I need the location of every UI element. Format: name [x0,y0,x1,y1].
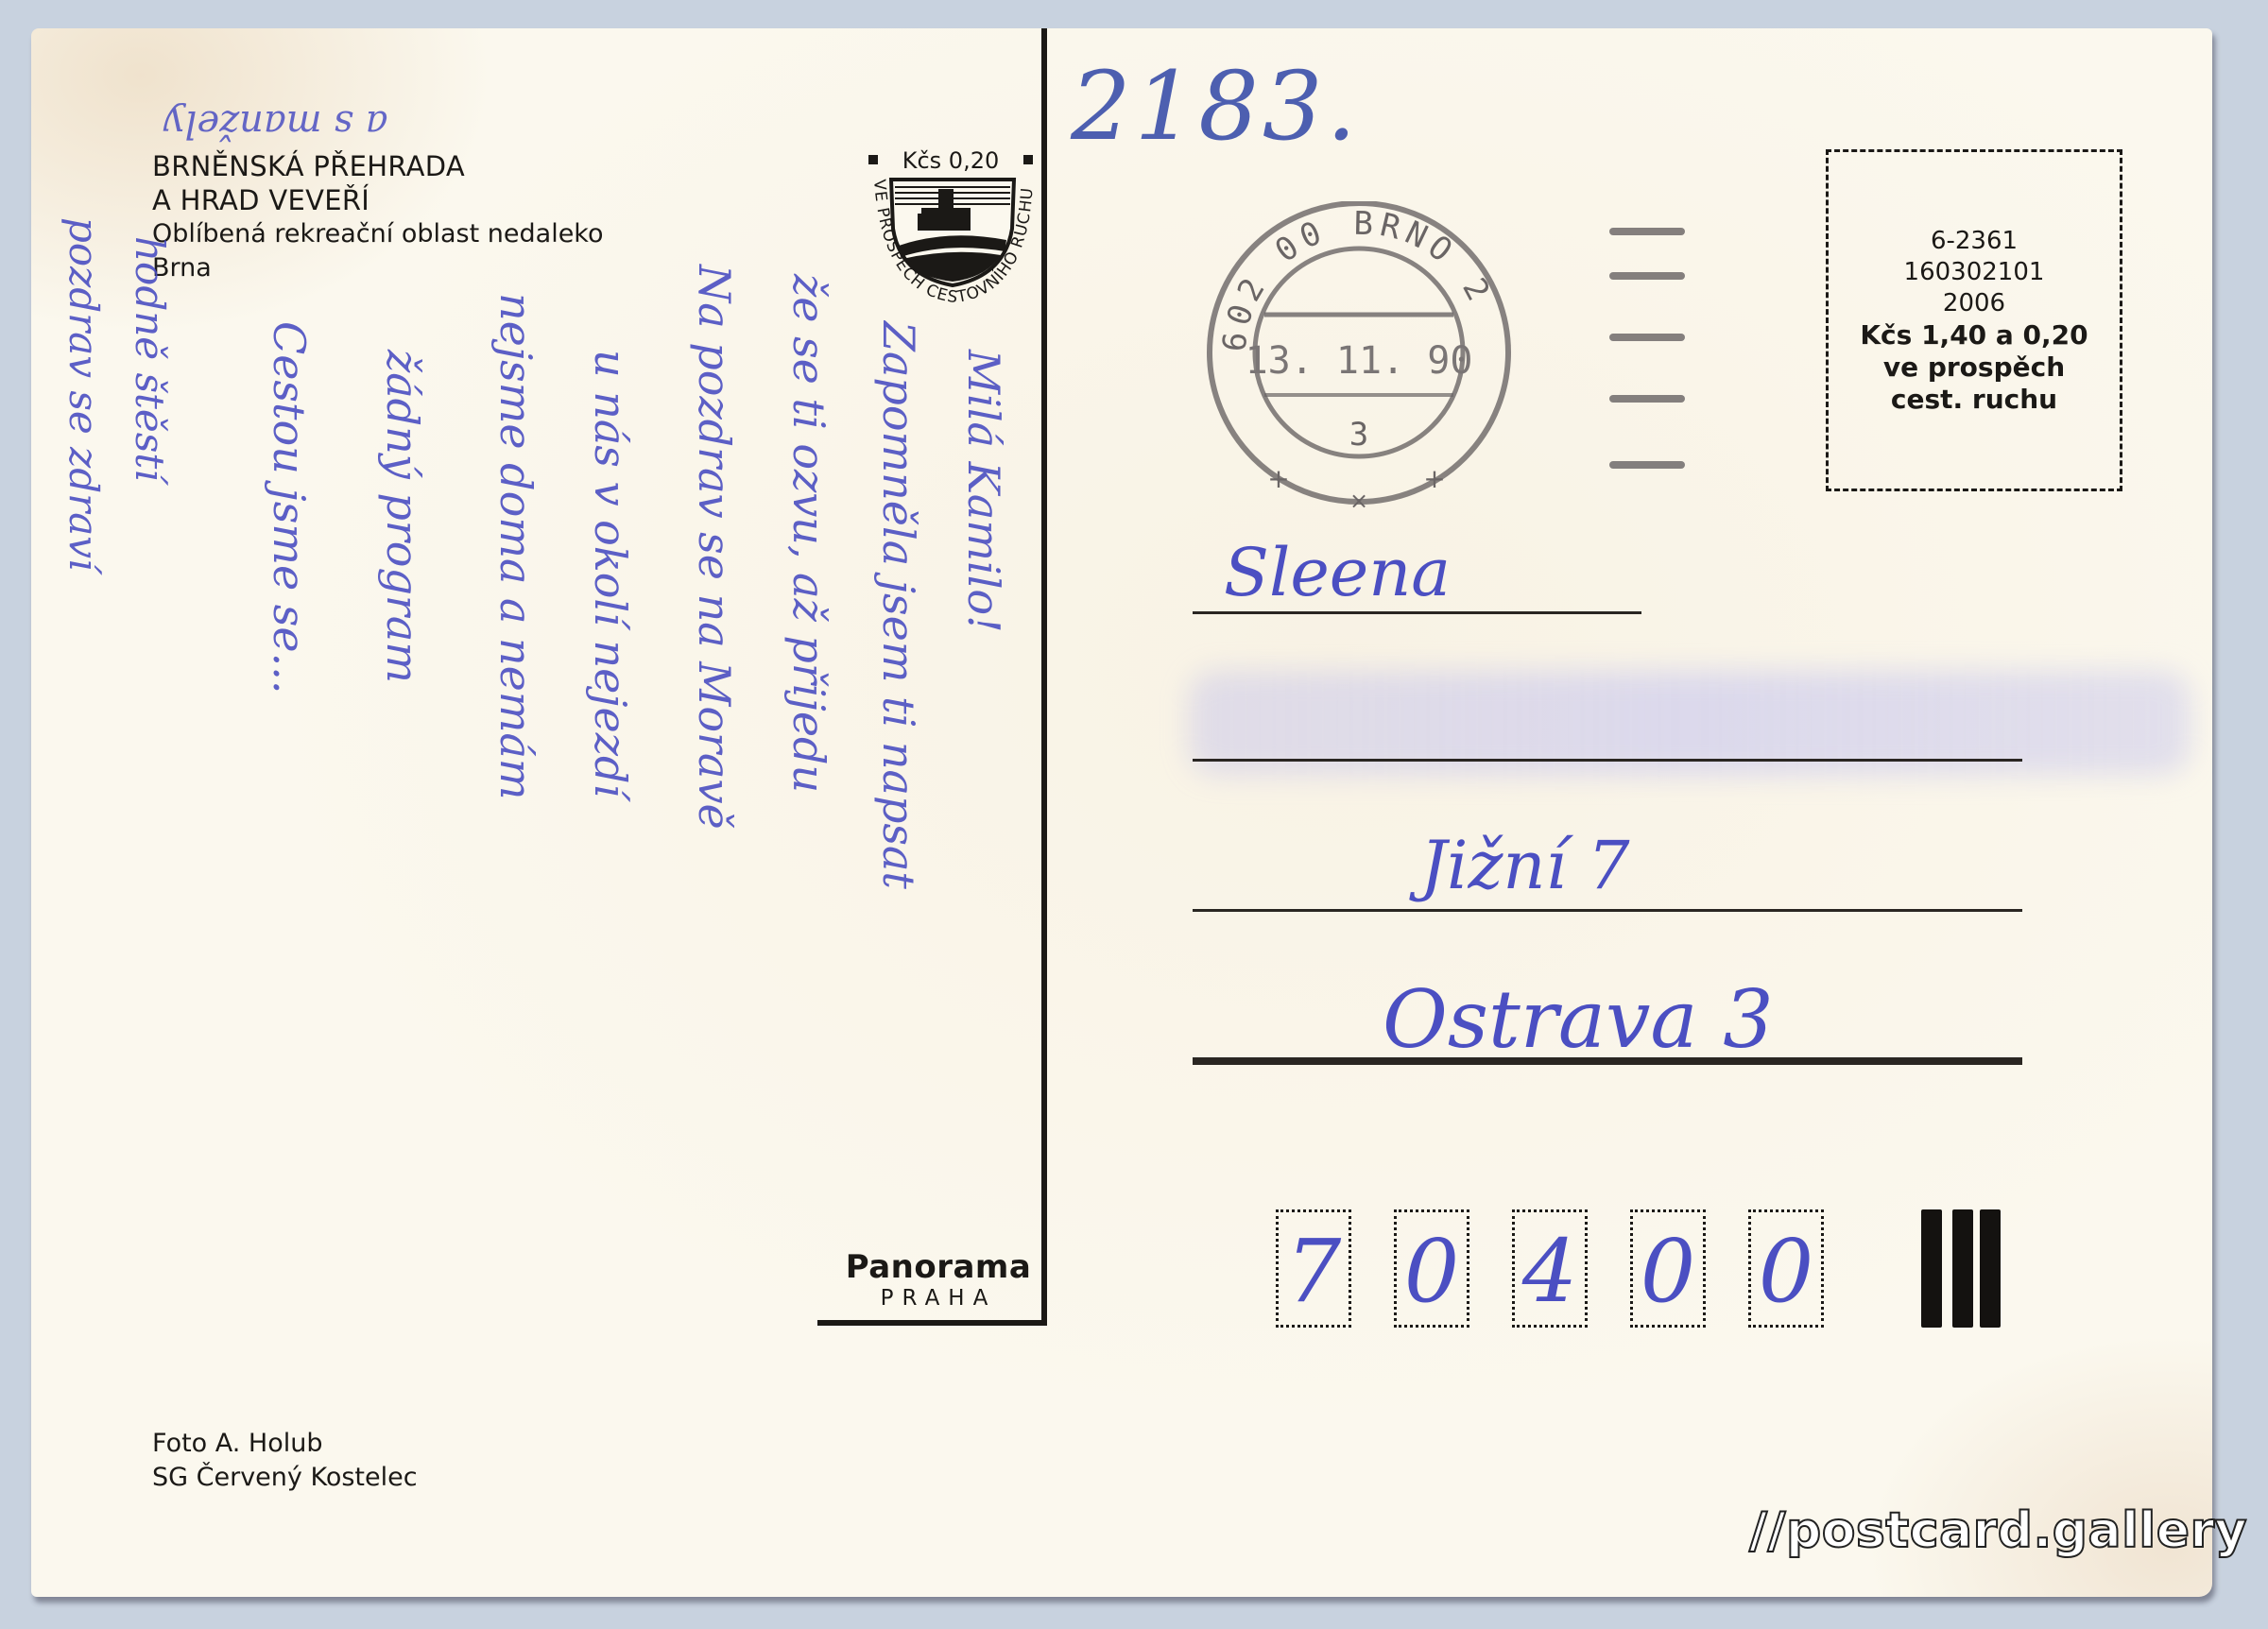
stamp-code: 6-2361 [1860,226,2088,257]
postcode-digit: 4 [1512,1221,1588,1322]
watermark: //postcard.gallery [1749,1502,2247,1559]
castle-shield-icon: Kčs 0,20 VE PROSPĚCH CESTOVNÍHO RUCHU [844,134,1061,314]
message-line: pozdrav se zdraví [60,217,107,571]
caption-subtitle: Oblíbená rekreační oblast nedaleko Brna [152,217,604,285]
cancellation-wave [1609,395,1685,403]
postcode-digit: 0 [1630,1221,1706,1322]
address-city: Ostrava 3 [1383,973,1774,1066]
stamp-note-2: cest. ruchu [1860,384,2088,416]
svg-text:+: + [1267,463,1289,494]
caption-subtitle-line-2: Brna [152,251,604,285]
tourism-emblem: Kčs 0,20 VE PROSPĚCH CESTOVNÍHO RUCHU [844,134,1061,314]
svg-text:+: + [1423,463,1445,494]
postcode-digit: 7 [1276,1221,1351,1322]
address-line-4 [1193,1057,2022,1065]
address-line-2 [1193,759,2022,762]
postcard: BRNĚNSKÁ PŘEHRADA A HRAD VEVEŘÍ Oblíbená… [31,28,2212,1597]
message-line: nejsme doma a nemám [490,293,541,800]
caption-title-line-1: BRNĚNSKÁ PŘEHRADA [152,149,465,183]
photo-credits: Foto A. Holub SG Červený Kostelec [152,1427,418,1495]
postmark: 602 00 BRNO 2 13. 11. 90 3 + + × [1194,201,1572,513]
message-line: žádný program [377,350,428,683]
postcode-digit: 0 [1748,1221,1824,1322]
postmark-date: 13. 11. 90 [1246,339,1473,383]
address-salutation: Sleena [1224,534,1451,611]
postcode-digit: 0 [1394,1221,1469,1322]
stamp-box: 6-2361 160302101 2006 Kčs 1,40 a 0,20 ve… [1826,149,2122,491]
message-line: hodně štěstí [127,236,173,482]
vertical-divider [1041,28,1047,1326]
credit-photographer: Foto A. Holub [152,1427,418,1461]
caption-title-line-2: A HRAD VEVEŘÍ [152,183,465,217]
credit-printer: SG Červený Kostelec [152,1461,418,1495]
sorting-bar [1952,1209,1973,1328]
stamp-number: 2006 [1860,288,2088,319]
address-street: Jižní 7 [1420,827,1630,904]
stamp-note-1: ve prospěch [1860,352,2088,384]
postmark-number: 3 [1349,416,1368,454]
cancellation-wave [1609,334,1685,341]
cancellation-wave [1609,272,1685,280]
sorting-bar [1980,1209,2001,1328]
address-line-1 [1193,611,1641,614]
cancellation-wave [1609,228,1685,235]
message-line: Cestou jsme se... [264,321,315,694]
message-line: Zapomněla jsem ti napsat [873,321,924,889]
message-line: Na pozdrav se na Moravě [689,265,740,830]
publisher-name: Panorama [830,1249,1047,1285]
emblem-price: Kčs 0,20 [902,147,1000,174]
publisher-city: PRAHA [830,1285,1047,1312]
message-line: Milá Kamilo! [958,350,1009,633]
svg-text:×: × [1349,488,1368,513]
divider-foot [817,1320,1047,1326]
message-line: že se ti ozvu, až přijedu [783,274,834,793]
publisher-logo: Panorama PRAHA [830,1249,1047,1312]
caption-title: BRNĚNSKÁ PŘEHRADA A HRAD VEVEŘÍ [152,149,465,217]
stamp-serial: 160302101 [1860,257,2088,288]
sorting-bar [1921,1209,1942,1328]
message-line: u nás v okolí nejezdí [585,350,636,797]
address-line-3 [1193,909,2022,912]
caption-subtitle-line-1: Oblíbená rekreační oblast nedaleko [152,217,604,251]
reference-number: 2183. [1071,51,1360,162]
top-note: a s manžely [163,102,387,146]
cancellation-wave [1609,461,1685,469]
stamp-price: Kčs 1,40 a 0,20 [1860,319,2088,352]
